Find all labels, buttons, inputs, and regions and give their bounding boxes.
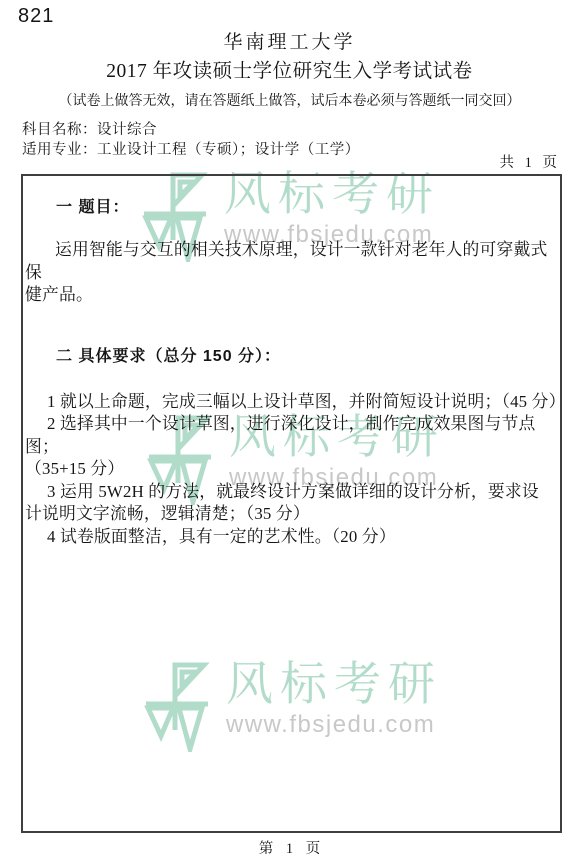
question-box: 一 题目： 运用智能与交互的相关技术原理，设计一款针对老年人的可穿戴式保 健产品… bbox=[21, 174, 562, 833]
requirement-line: 计说明文字流畅，逻辑清楚；（35 分） bbox=[25, 503, 558, 526]
paper-code: 821 bbox=[18, 5, 54, 28]
paragraph-line: 健产品。 bbox=[25, 284, 558, 307]
paragraph-line: 运用智能与交互的相关技术原理，设计一款针对老年人的可穿戴式保 bbox=[25, 239, 558, 284]
page-number-footer: 第 1 页 bbox=[0, 837, 579, 858]
requirements-list: 1 就以上命题，完成三幅以上设计草图，并附简短设计说明；（45 分） 2 选择其… bbox=[25, 391, 558, 549]
requirement-line: 2 选择其中一个设计草图，进行深化设计，制作完成效果图与节点图； bbox=[25, 413, 558, 458]
requirement-line: 4 试卷版面整洁，具有一定的艺术性。（20 分） bbox=[25, 526, 558, 549]
section1-paragraph: 运用智能与交互的相关技术原理，设计一款针对老年人的可穿戴式保 健产品。 bbox=[25, 239, 558, 307]
requirement-line: 3 运用 5W2H 的方法，就最终设计方案做详细的设计分析，要求设 bbox=[25, 481, 558, 504]
exam-paper-page: 风标考研 www.fbsjedu.com 风标考研 www.fbsjedu.co… bbox=[0, 0, 579, 860]
question-box-content: 一 题目： 运用智能与交互的相关技术原理，设计一款针对老年人的可穿戴式保 健产品… bbox=[23, 176, 560, 831]
total-pages-label: 共 1 页 bbox=[500, 151, 558, 172]
requirement-line: （35+15 分） bbox=[25, 458, 558, 481]
applicable-majors-line: 适用专业：工业设计工程（专硕）；设计学（工学） bbox=[22, 138, 360, 159]
section2-heading: 二 具体要求（总分 150 分）： bbox=[56, 346, 558, 368]
requirement-line: 1 就以上命题，完成三幅以上设计草图，并附简短设计说明；（45 分） bbox=[25, 391, 558, 414]
university-title: 华南理工大学 bbox=[0, 27, 579, 54]
section1-heading: 一 题目： bbox=[56, 197, 558, 219]
subject-name-line: 科目名称：设计综合 bbox=[22, 118, 157, 139]
answer-notice: （试卷上做答无效，请在答题纸上做答，试后本卷必须与答题纸一同交回） bbox=[0, 90, 579, 110]
exam-title: 2017 年攻读硕士学位研究生入学考试试卷 bbox=[0, 55, 579, 83]
